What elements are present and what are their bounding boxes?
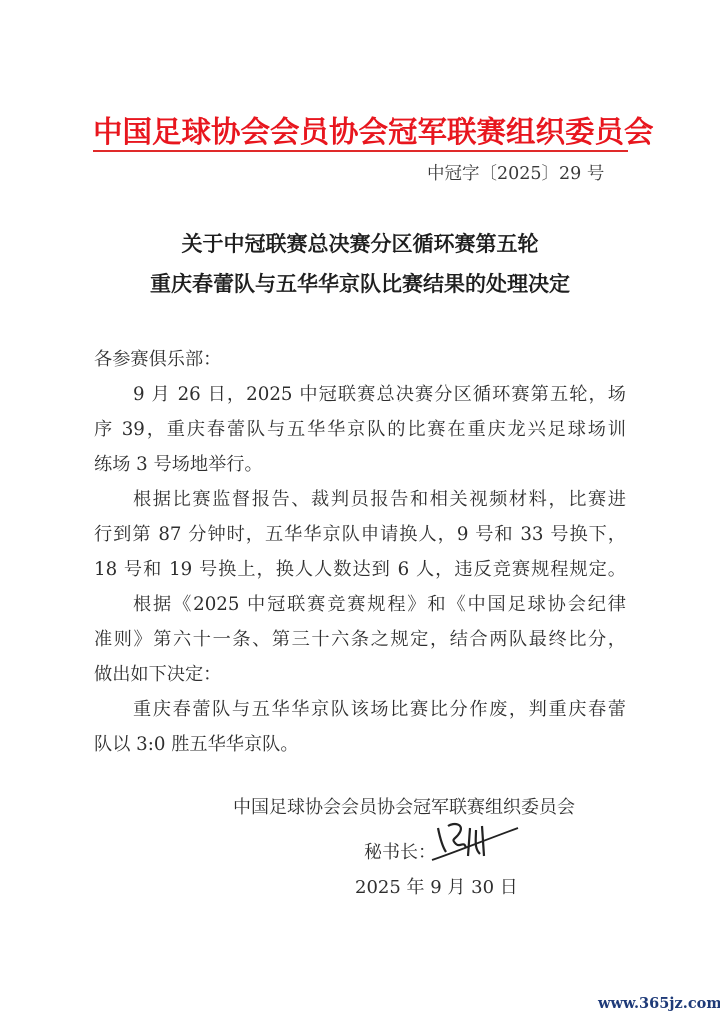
document-date: 2025 年 9 月 30 日 xyxy=(355,873,518,899)
body-line: 根据比赛监督报告、裁判员报告和相关视频材料，比赛进 xyxy=(133,488,626,512)
body-line: 行到第 87 分钟时，五华华京队申请换人，9 号和 33 号换下， xyxy=(94,523,626,547)
body-line: 序 39，重庆春蕾队与五华华京队的比赛在重庆龙兴足球场训 xyxy=(94,418,626,442)
signing-organization: 中国足球协会会员协会冠军联赛组织委员会 xyxy=(233,793,575,819)
body-line: 9 月 26 日，2025 中冠联赛总决赛分区循环赛第五轮，场 xyxy=(133,383,626,407)
body-line: 重庆春蕾队与五华华京队该场比赛比分作废，判重庆春蕾 xyxy=(133,698,626,722)
body-line: 准则》第六十一条、第三十六条之规定，结合两队最终比分， xyxy=(94,628,626,652)
salutation: 各参赛俱乐部： xyxy=(94,348,221,372)
red-letterhead: 中国足球协会会员协会冠军联赛组织委员会 xyxy=(93,113,629,151)
document-title-line-1: 关于中冠联赛总决赛分区循环赛第五轮 xyxy=(0,228,720,258)
body-line: 18 号和 19 号换上，换人人数达到 6 人，违反竞赛规程规定。 xyxy=(94,558,626,582)
document-page: 中国足球协会会员协会冠军联赛组织委员会 中冠字〔2025〕29 号 关于中冠联赛… xyxy=(0,0,720,1023)
handwritten-signature-icon xyxy=(430,818,520,866)
document-title-line-2: 重庆春蕾队与五华华京队比赛结果的处理决定 xyxy=(0,268,720,298)
secretary-general-label: 秘书长： xyxy=(364,838,436,864)
body-line: 做出如下决定： xyxy=(94,663,221,687)
body-line: 练场 3 号场地举行。 xyxy=(94,453,263,477)
site-watermark: www.365jz.com xyxy=(598,995,720,1012)
red-divider-rule xyxy=(93,150,628,152)
body-line: 根据《2025 中冠联赛竞赛规程》和《中国足球协会纪律 xyxy=(133,593,626,617)
body-line: 队以 3:0 胜五华华京队。 xyxy=(94,733,299,757)
document-number: 中冠字〔2025〕29 号 xyxy=(427,160,604,185)
